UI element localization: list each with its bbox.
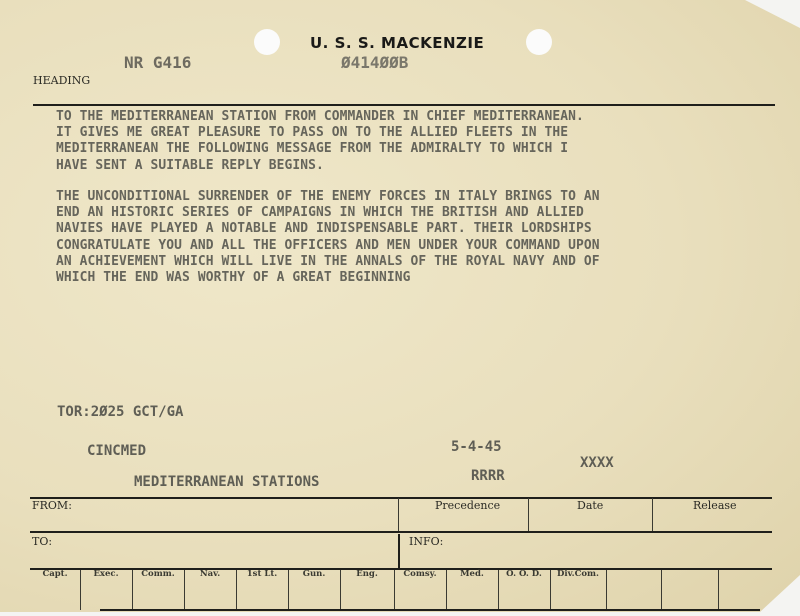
routing-col-nav: Nav. <box>184 569 236 579</box>
date-label: Date <box>577 499 603 512</box>
routing-col-capt: Capt. <box>30 569 80 579</box>
message-line: MEDITERRANEAN THE FOLLOWING MESSAGE FROM… <box>56 141 584 157</box>
info-label: INFO: <box>409 535 443 548</box>
routing-col-comm: Comm. <box>132 569 184 579</box>
message-line: TO THE MEDITERRANEAN STATION FROM COMMAN… <box>56 109 584 125</box>
release-label: Release <box>693 499 737 512</box>
message-line: HAVE SENT A SUITABLE REPLY BEGINS. <box>56 158 584 174</box>
to-value: MEDITERRANEAN STATIONS <box>134 474 319 490</box>
routing-divider <box>661 570 662 610</box>
message-number: NR G416 <box>124 53 191 72</box>
message-line: WHICH THE END WAS WORTHY OF A GREAT BEGI… <box>56 270 600 286</box>
form-rule-mid <box>30 531 772 533</box>
routing-divider <box>606 570 607 610</box>
message-line: CONGRATULATE YOU AND ALL THE OFFICERS AN… <box>56 238 600 254</box>
message-line: NAVIES HAVE PLAYED A NOTABLE AND INDISPE… <box>56 221 600 237</box>
punch-hole-left <box>254 29 280 55</box>
routing-col-exec: Exec. <box>80 569 132 579</box>
form-divider <box>398 498 399 531</box>
form-divider <box>652 498 653 531</box>
form-divider <box>398 534 400 568</box>
date-value: 5-4-45 <box>451 439 502 455</box>
routing-col-eng: Eng. <box>340 569 394 579</box>
precedence-label: Precedence <box>435 499 500 512</box>
form-divider <box>528 498 529 531</box>
ship-name: U. S. S. MACKENZIE <box>310 34 484 52</box>
from-label: FROM: <box>32 499 72 512</box>
heading-label: HEADING <box>33 74 90 87</box>
routing-col-div-com: Div.Com. <box>550 569 606 579</box>
routing-col-ood: O. O. D. <box>498 569 550 579</box>
routing-col-med: Med. <box>446 569 498 579</box>
message-line: AN ACHIEVEMENT WHICH WILL LIVE IN THE AN… <box>56 254 600 270</box>
release-value: XXXX <box>580 455 614 471</box>
message-paragraph-1: TO THE MEDITERRANEAN STATION FROM COMMAN… <box>56 109 584 174</box>
routing-col-comsy: Comsy. <box>394 569 446 579</box>
routing-divider <box>718 570 719 610</box>
message-form-paper: U. S. S. MACKENZIE NR G416 Ø414ØØB HEADI… <box>0 0 800 616</box>
form-rule-bottom <box>100 609 760 611</box>
time-of-receipt: TOR:2Ø25 GCT/GA <box>57 404 183 420</box>
message-line: THE UNCONDITIONAL SURRENDER OF THE ENEMY… <box>56 189 600 205</box>
to-label: TO: <box>32 535 52 548</box>
form-rule-top <box>30 497 772 499</box>
precedence-value: RRRR <box>471 468 505 484</box>
heading-rule <box>33 104 775 106</box>
punch-hole-right <box>526 29 552 55</box>
message-paragraph-2: THE UNCONDITIONAL SURRENDER OF THE ENEMY… <box>56 189 600 286</box>
from-value: CINCMED <box>87 443 146 459</box>
routing-col-gun: Gun. <box>288 569 340 579</box>
date-time-group: Ø414ØØB <box>341 53 408 72</box>
message-line: IT GIVES ME GREAT PLEASURE TO PASS ON TO… <box>56 125 584 141</box>
message-line: END AN HISTORIC SERIES OF CAMPAIGNS IN W… <box>56 205 600 221</box>
routing-col-1st-lt: 1st Lt. <box>236 569 288 579</box>
